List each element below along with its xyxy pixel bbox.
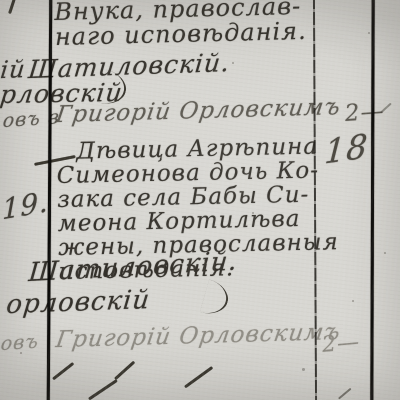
groom-name-bottom: Григорій Орловскимъ [54, 319, 342, 353]
register-scan-page: Внука, православ- наго исповѣданія. ій Ш… [0, 0, 400, 400]
ink-stroke [114, 361, 135, 380]
pen-flourish [200, 279, 232, 318]
ink-stroke [184, 366, 213, 388]
top-note-line2: наго исповѣданія. [55, 19, 307, 50]
margin-fragment-ov-bottom: овъ [0, 330, 40, 355]
ink-stroke [8, 0, 15, 14]
officiant2-surname-repeat: орловскій [5, 285, 152, 320]
ink-stroke [88, 379, 118, 400]
ink-stroke [52, 362, 74, 380]
tally-top: 2— [344, 98, 385, 127]
speckle [302, 368, 305, 371]
entry-number: 19. [2, 185, 49, 227]
speckle [368, 32, 370, 34]
ink-stroke [338, 388, 352, 400]
speckle [384, 252, 386, 254]
column-rule-right [370, 0, 374, 400]
top-note-block: Внука, православ- наго исповѣданія. [54, 0, 307, 50]
margin-fragment-ov-top: овъ в [2, 106, 61, 132]
speckle [232, 62, 234, 64]
tally-bottom: 2— [321, 330, 361, 358]
speckle [352, 300, 354, 302]
